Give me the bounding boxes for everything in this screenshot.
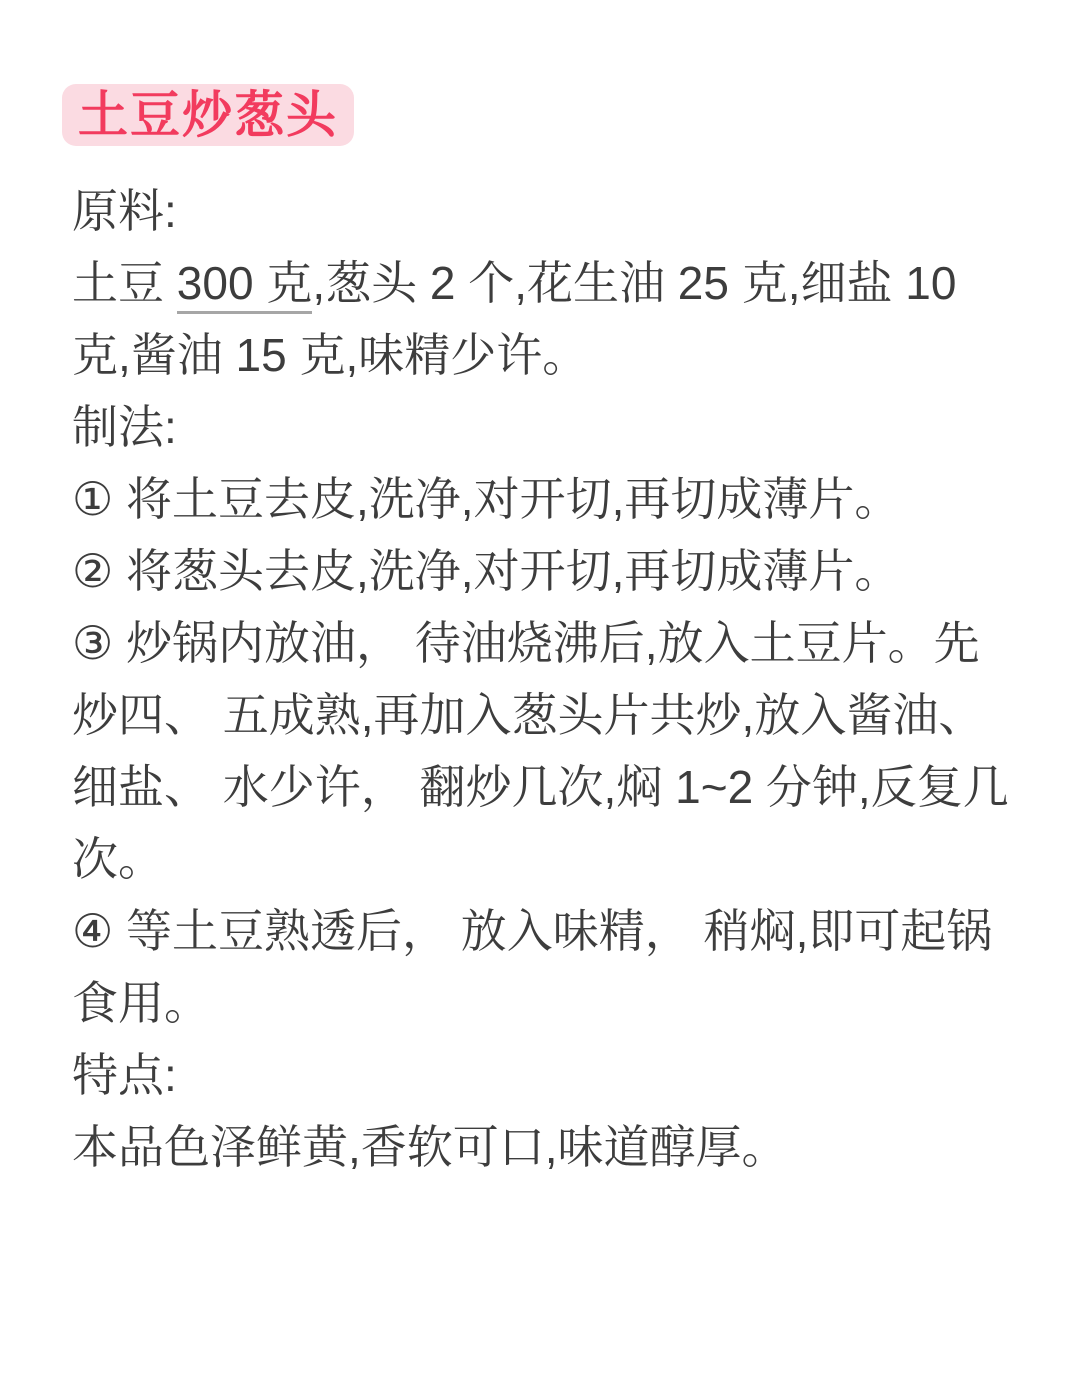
ingredients-pre-text: 土豆 [72, 257, 177, 309]
method-step-4: ④ 等土豆熟透后， 放入味精， 稍焖,即可起锅食用。 [72, 895, 1022, 1039]
ingredients-amount-underlined: 300 克 [177, 257, 313, 314]
ingredients-label: 原料: [72, 175, 1022, 247]
recipe-title-badge: 土豆炒葱头 [62, 84, 354, 146]
recipe-title-text: 土豆炒葱头 [78, 87, 338, 143]
recipe-page: 土豆炒葱头 原料: 土豆 300 克,葱头 2 个,花生油 25 克,细盐 10… [0, 0, 1080, 1374]
features-label: 特点: [72, 1039, 1022, 1111]
method-label: 制法: [72, 391, 1022, 463]
method-step-3: ③ 炒锅内放油， 待油烧沸后,放入土豆片。先炒四、 五成熟,再加入葱头片共炒,放… [72, 607, 1022, 895]
recipe-body: 原料: 土豆 300 克,葱头 2 个,花生油 25 克,细盐 10 克,酱油 … [72, 175, 1022, 1183]
features-text: 本品色泽鲜黄,香软可口,味道醇厚。 [72, 1111, 1022, 1183]
title-row: 土豆炒葱头 [72, 84, 1022, 146]
method-step-1: ① 将土豆去皮,洗净,对开切,再切成薄片。 [72, 463, 1022, 535]
method-step-2: ② 将葱头去皮,洗净,对开切,再切成薄片。 [72, 535, 1022, 607]
ingredients-text: 土豆 300 克,葱头 2 个,花生油 25 克,细盐 10 克,酱油 15 克… [72, 247, 1022, 391]
